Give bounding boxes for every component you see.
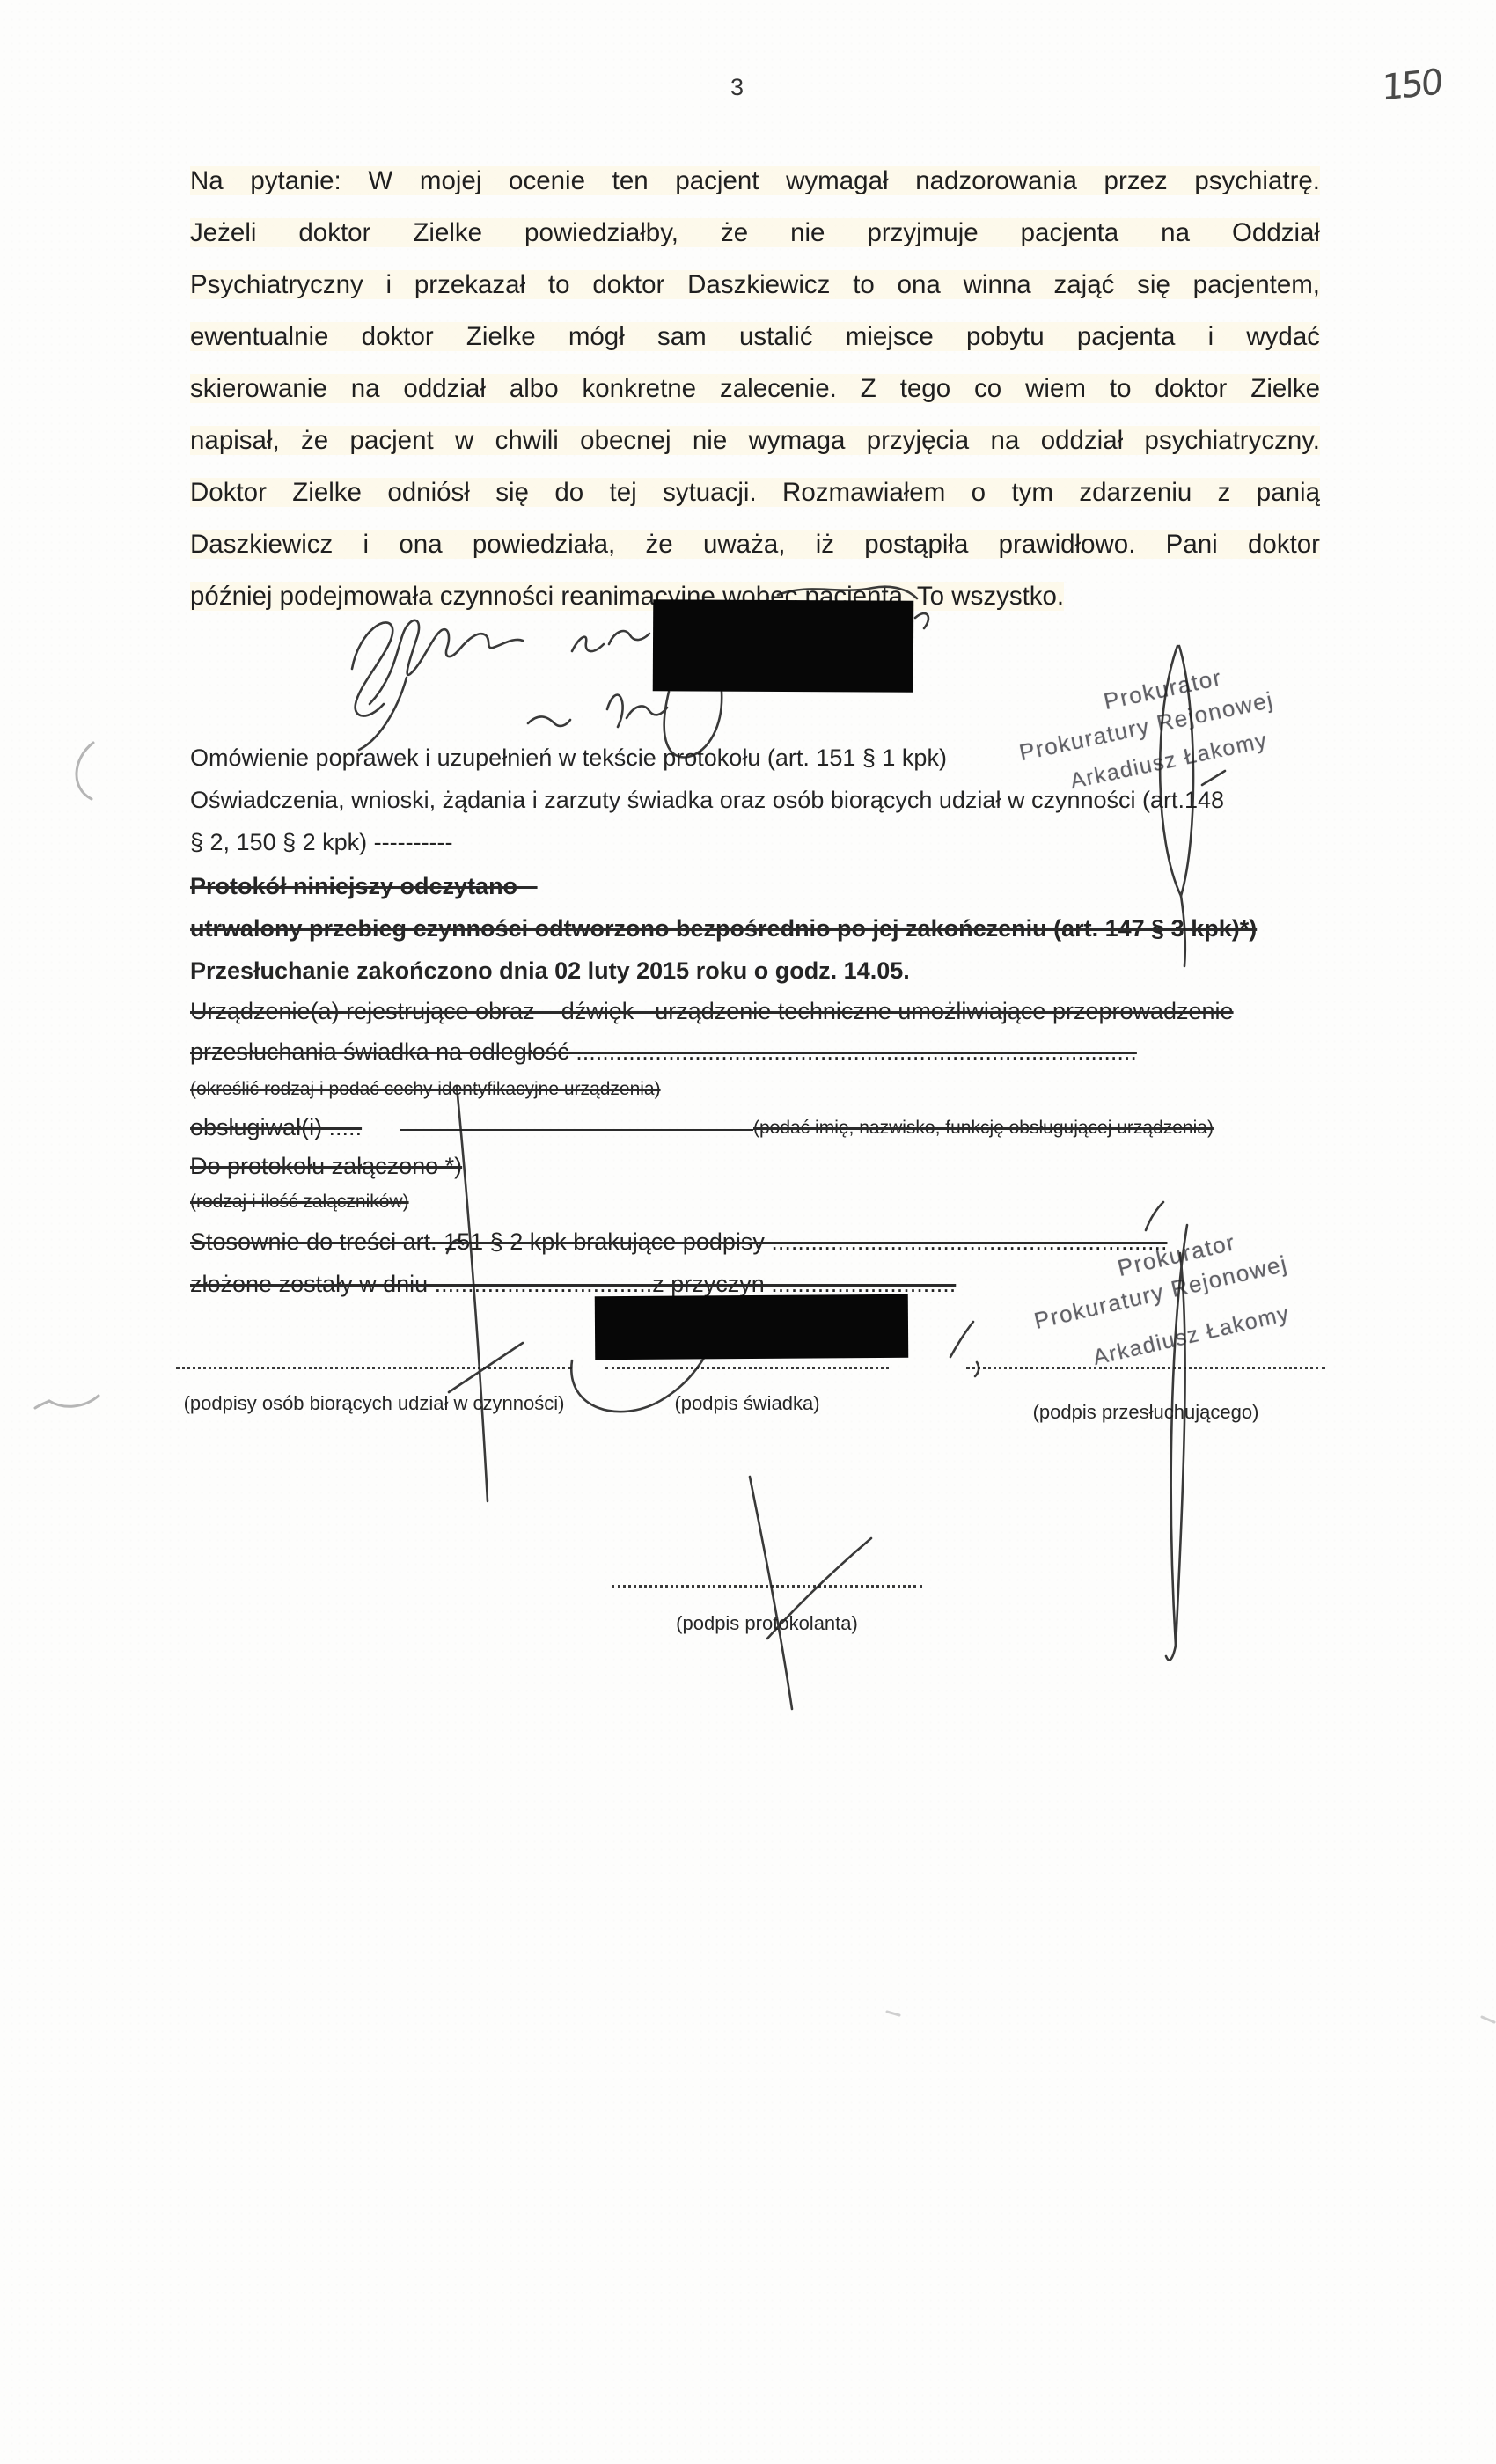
form-line-obslugiwal: obsługiwał(i) ..... (podać imię, nazwisk… (190, 1114, 362, 1141)
testimony-line: Jeżeli doktor Zielke powiedziałby, że ni… (190, 207, 1320, 259)
form-line-utrwalony-struck: utrwalony przebieg czynności odtworzono … (190, 915, 1257, 942)
testimony-line: Doktor Zielke odniósł się do tej sytuacj… (190, 466, 1320, 518)
fill-in-rule (400, 1129, 753, 1131)
form-obslugiwal-text: obsługiwał(i) ..... (190, 1114, 362, 1140)
testimony-line: Na pytanie: W mojej ocenie ten pacjent w… (190, 155, 1320, 207)
form-line-protokol-odczytano-struck: Protokół niniejszy odczytano – (190, 873, 538, 900)
redaction-box-lower (595, 1294, 908, 1360)
handwritten-folio-number: 150 (1382, 62, 1441, 108)
prosecutor-stamp-upper: Prokurator Prokuratury Rejonowej Arkadiu… (1005, 655, 1284, 805)
testimony-line: Daszkiewicz i ona powiedziała, że uważa,… (190, 518, 1320, 570)
clerk-signature-caption: (podpis protokolanta) (612, 1612, 922, 1635)
witness-signature-caption: (podpis świadka) (605, 1392, 889, 1415)
form-line-przesluchania-struck: przesłuchania świadka na odległość .....… (190, 1038, 1137, 1066)
redaction-box-upper (653, 599, 914, 693)
testimony-paragraph: Na pytanie: W mojej ocenie ten pacjent w… (190, 155, 1320, 622)
scanned-protocol-page: 3 150 Na pytanie: W mojej ocenie ten pac… (0, 0, 1496, 2464)
clerk-cross-out-ink (750, 1477, 871, 1709)
form-line-urzadzenie-struck: Urządzenie(a) rejestrujące obraz – dźwię… (190, 998, 1234, 1025)
interrogator-signature-line (966, 1367, 1325, 1369)
form-line-stosownie-struck: Stosownie do treści art. 151 § 2 kpk bra… (190, 1228, 1167, 1256)
testimony-line: ewentualnie doktor Zielke mógł sam ustal… (190, 311, 1320, 363)
testimony-line: skierowanie na oddział albo konkretne za… (190, 363, 1320, 414)
form-line-omowienie: Omówienie poprawek i uzupełnień w tekści… (190, 744, 947, 772)
clerk-signature-line (612, 1585, 922, 1588)
testimony-line: napisał, że pacjent w chwili obecnej nie… (190, 414, 1320, 466)
page-number: 3 (730, 74, 744, 101)
form-line-oswiadczenia-2: § 2, 150 § 2 kpk) ---------- (190, 829, 453, 856)
form-podac-imie-text: (podać imię, nazwisko, funkcję obsługują… (753, 1118, 1214, 1139)
interrogator-signature-caption: (podpis przesłuchującego) (966, 1401, 1325, 1424)
participants-signature-line (176, 1367, 572, 1369)
form-line-rodzaj-struck: (rodzaj i ilość załączników) (190, 1192, 409, 1213)
form-line-okreslic-struck: (określić rodzaj i podać cechy identyfik… (190, 1079, 661, 1100)
form-line-przesluchanie-zakonczono: Przesłuchanie zakończono dnia 02 luty 20… (190, 957, 910, 985)
witness-signature-line (605, 1367, 889, 1369)
testimony-line: Psychiatryczny i przekazał to doktor Das… (190, 259, 1320, 311)
participants-signature-caption: (podpisy osób biorących udział w czynnoś… (176, 1392, 572, 1415)
form-line-do-protokolu-struck: Do protokołu załączono *) (190, 1153, 462, 1180)
